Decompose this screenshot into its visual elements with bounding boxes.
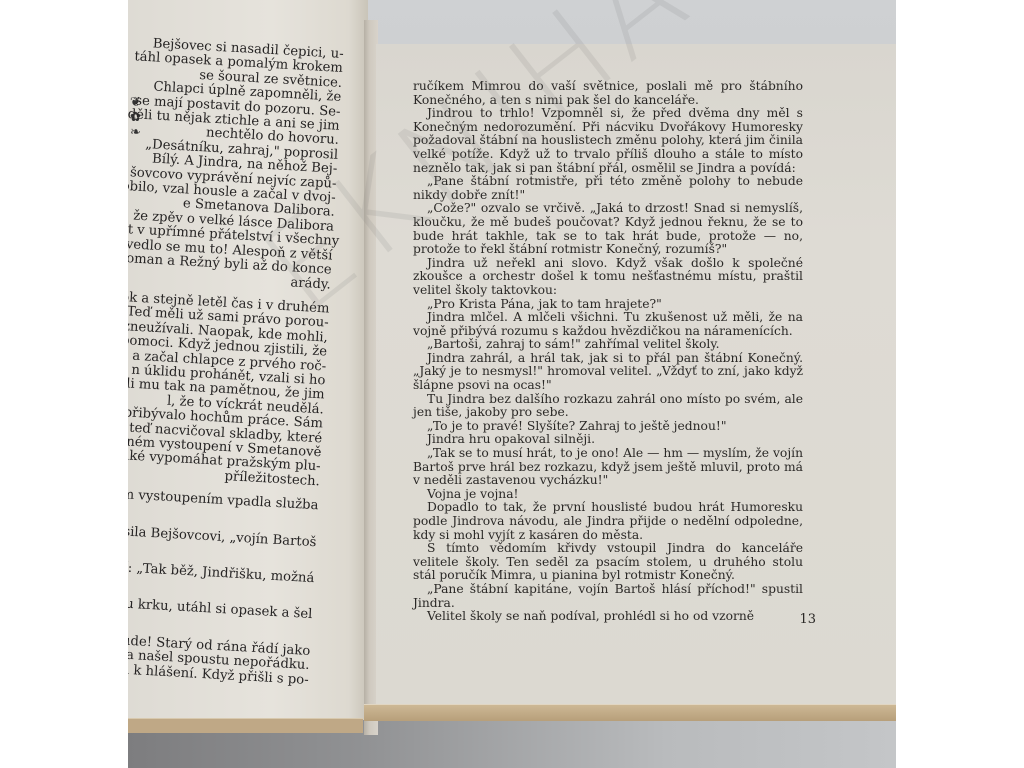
paragraph: Jindrou to trhlo! Vzpomněl si, že před d… <box>413 107 803 175</box>
paragraph: Tu Jindra bez dalšího rozkazu zahrál ono… <box>413 393 803 420</box>
paragraph: „Pane štábní kapitáne, vojín Bartoš hlás… <box>413 583 803 610</box>
paragraph: Jindra už neřekl ani slovo. Když však do… <box>413 257 803 298</box>
paragraph: „Tak se to musí hrát, to je ono! Ale — h… <box>413 447 803 488</box>
right-page-edge <box>364 704 896 721</box>
paragraph: „Cože?" ozvalo se vrčivě. „Jaká to drzos… <box>413 202 803 256</box>
left-page-edge <box>128 718 363 733</box>
paragraph: Velitel školy se naň podíval, prohlédl s… <box>413 610 803 624</box>
paragraph: ručíkem Mimrou do vaší světnice, poslali… <box>413 80 803 107</box>
right-page: ručíkem Mimrou do vaší světnice, poslali… <box>376 44 896 704</box>
left-page: ❦✿❧ Bejšovec si nasadil čepici, u-táhl o… <box>128 0 368 720</box>
paragraph: Jindra hru opakoval silněji. <box>413 433 803 447</box>
paragraph: S tímto vědomím křivdy vstoupil Jindra d… <box>413 542 803 583</box>
paragraph: Dopadlo to tak, že první houslisté budou… <box>413 501 803 542</box>
right-page-text: ručíkem Mimrou do vaší světnice, poslali… <box>413 80 803 624</box>
paragraph: Jindra zahrál, a hrál tak, jak si to přá… <box>413 352 803 393</box>
left-page-text: Bejšovec si nasadil čepici, u-táhl opase… <box>128 36 344 688</box>
paragraph: „Pro Krista Pána, jak to tam hrajete?" <box>413 298 803 312</box>
paragraph: Jindra mlčel. A mlčeli všichni. Tu zkuše… <box>413 311 803 338</box>
page-number: 13 <box>799 612 816 627</box>
paragraph: „Bartoši, zahraj to sám!" zahřímal velit… <box>413 338 803 352</box>
paragraph: „To je to pravé! Slyšíte? Zahraj to ješt… <box>413 420 803 434</box>
paragraph: „Pane štábní rotmistře, při této změně p… <box>413 175 803 202</box>
book-photo: ❦✿❧ Bejšovec si nasadil čepici, u-táhl o… <box>128 0 896 768</box>
paragraph: Vojna je vojna! <box>413 488 803 502</box>
